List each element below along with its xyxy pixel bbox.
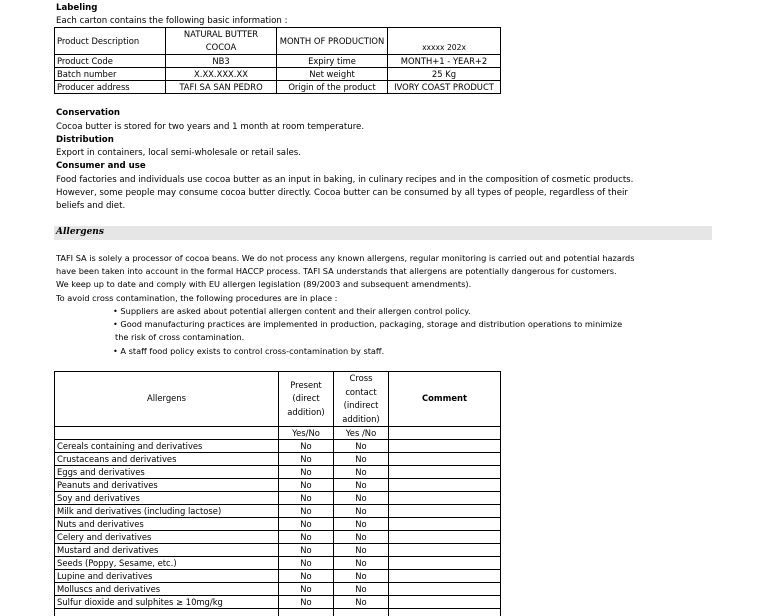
allergen-row: Celery and derivativesNoNo [55,531,501,544]
allergen-cross-contact: No [334,583,389,596]
allergen-row: Lupine and derivativesNoNo [55,570,501,583]
allergen-comment [389,570,501,583]
allergens-heading-bar: Allergens [54,226,712,240]
allergen-name: Soy and derivatives [55,492,279,505]
allergens-table-header: Allergens Present (direct addition) Cros… [55,372,501,427]
allergens-table: Allergens Present (direct addition) Cros… [54,371,501,616]
allergens-paragraph-line: TAFI SA is solely a processor of cocoa b… [56,253,635,264]
allergen-row: Eggs and derivativesNoNo [55,466,501,479]
allergen-name: Peanuts and derivatives [55,479,279,492]
allergen-name: Eggs and derivatives [55,466,279,479]
allergen-name: Seeds (Poppy, Sesame, etc.) [55,557,279,570]
allergens-bullet: • Good manufacturing practices are imple… [113,319,622,330]
header-present-line: addition) [281,406,331,420]
blank-cell [389,609,501,616]
allergens-paragraph-line: To avoid cross contamination, the follow… [56,293,337,304]
consumer-line: Food factories and individuals use cocoa… [56,175,633,186]
labeling-value: NB3 [166,55,277,68]
allergen-cross-contact: No [334,531,389,544]
allergens-bullet: • A staff food policy exists to control … [113,346,384,357]
allergen-name: Sulfur dioxide and sulphites ≥ 10mg/kg [55,596,279,609]
allergen-cross-contact: No [334,570,389,583]
allergen-row: Crustaceans and derivativesNoNo [55,453,501,466]
allergens-bullet: • Suppliers are asked about potential al… [113,306,471,317]
allergen-present: No [279,453,334,466]
allergen-cross-contact: No [334,440,389,453]
subheader-comment [389,427,501,440]
header-allergens: Allergens [55,372,279,427]
allergen-comment [389,440,501,453]
allergen-row: Seeds (Poppy, Sesame, etc.)NoNo [55,557,501,570]
labeling-title: Labeling [56,3,97,14]
allergen-row: Cereals containing and derivativesNoNo [55,440,501,453]
allergen-comment [389,544,501,557]
allergen-row: Peanuts and derivativesNoNo [55,479,501,492]
allergen-present: No [279,492,334,505]
allergen-comment [389,466,501,479]
labeling-label2: MONTH OF PRODUCTION [277,28,388,55]
allergen-present: No [279,440,334,453]
labeling-label: Product Code [55,55,166,68]
allergens-table-subheader: Yes/No Yes /No [55,427,501,440]
consumer-title: Consumer and use [56,161,146,172]
distribution-text: Export in containers, local semi-wholesa… [56,148,301,159]
labeling-label: Producer address [55,81,166,94]
labeling-label2: Origin of the product [277,81,388,94]
header-cross-line: contact [336,386,386,400]
allergen-cross-contact: No [334,596,389,609]
product-description-line1: NATURAL BUTTER [168,28,274,41]
allergen-cross-contact: No [334,479,389,492]
labeling-row: Product Code NB3 Expiry time MONTH+1 - Y… [55,55,501,68]
allergen-cross-contact: No [334,492,389,505]
blank-cell [279,609,334,616]
allergen-name: Nuts and derivatives [55,518,279,531]
allergen-present: No [279,583,334,596]
labeling-label: Batch number [55,68,166,81]
header-cross-line: addition) [336,413,386,427]
labeling-row: Producer address TAFI SA SAN PEDRO Origi… [55,81,501,94]
allergen-cross-contact: No [334,557,389,570]
subheader-blank [55,427,279,440]
allergen-cross-contact: No [334,518,389,531]
allergen-comment [389,531,501,544]
product-description-line2: COCOA [168,41,274,54]
allergens-heading: Allergens [56,227,104,237]
allergen-comment [389,557,501,570]
labeling-value: NATURAL BUTTER COCOA [166,28,277,55]
allergen-comment [389,596,501,609]
allergen-present: No [279,544,334,557]
labeling-value2: MONTH+1 - YEAR+2 [388,55,501,68]
blank-cell [55,609,279,616]
header-present-line: Present [281,379,331,393]
subheader-present: Yes/No [279,427,334,440]
labeling-row: Product Description NATURAL BUTTER COCOA… [55,28,501,55]
header-cross-contact: Cross contact (indirect addition) [334,372,389,427]
header-cross-line: (indirect [336,399,386,413]
allergen-name: Cereals containing and derivatives [55,440,279,453]
conservation-title: Conservation [56,108,120,119]
allergen-name: Lupine and derivatives [55,570,279,583]
labeling-label2: Net weight [277,68,388,81]
allergen-name: Crustaceans and derivatives [55,453,279,466]
allergen-present: No [279,531,334,544]
allergen-present: No [279,466,334,479]
allergen-name: Molluscs and derivatives [55,583,279,596]
allergen-name: Celery and derivatives [55,531,279,544]
allergen-row: Milk and derivatives (including lactose)… [55,505,501,518]
allergen-name: Mustard and derivatives [55,544,279,557]
allergen-row: Sulfur dioxide and sulphites ≥ 10mg/kgNo… [55,596,501,609]
allergen-comment [389,492,501,505]
labeling-value2: IVORY COAST PRODUCT [388,81,501,94]
subheader-cross: Yes /No [334,427,389,440]
allergen-comment [389,453,501,466]
header-comment: Comment [389,372,501,427]
allergen-present: No [279,570,334,583]
allergen-comment [389,479,501,492]
blank-cell [334,609,389,616]
allergen-present: No [279,596,334,609]
allergens-bullet-continuation: the risk of cross contamination. [115,332,244,343]
allergen-row: Nuts and derivativesNoNo [55,518,501,531]
consumer-line: beliefs and diet. [56,201,125,212]
consumer-line: However, some people may consume cocoa b… [56,188,628,199]
allergen-cross-contact: No [334,505,389,518]
allergen-present: No [279,557,334,570]
labeling-value2: xxxxx 202x [388,28,501,55]
allergen-comment [389,583,501,596]
allergen-comment [389,505,501,518]
allergen-present: No [279,505,334,518]
labeling-value: X.XX.XXX.XX [166,68,277,81]
allergen-present: No [279,479,334,492]
labeling-label: Product Description [55,28,166,55]
labeling-label2: Expiry time [277,55,388,68]
allergens-paragraph-line: We keep up to date and comply with EU al… [56,279,471,290]
allergen-row: Molluscs and derivativesNoNo [55,583,501,596]
allergens-table-blank-row [55,609,501,616]
allergen-cross-contact: No [334,453,389,466]
distribution-title: Distribution [56,135,114,146]
header-present: Present (direct addition) [279,372,334,427]
allergen-comment [389,518,501,531]
allergens-paragraph-line: have been taken into account in the form… [56,266,617,277]
labeling-row: Batch number X.XX.XXX.XX Net weight 25 K… [55,68,501,81]
conservation-text: Cocoa butter is stored for two years and… [56,122,364,133]
labeling-value: TAFI SA SAN PEDRO [166,81,277,94]
header-present-line: (direct [281,392,331,406]
header-cross-line: Cross [336,372,386,386]
labeling-value2: 25 Kg [388,68,501,81]
allergen-present: No [279,518,334,531]
allergen-cross-contact: No [334,466,389,479]
allergen-row: Soy and derivativesNoNo [55,492,501,505]
allergen-cross-contact: No [334,544,389,557]
allergen-name: Milk and derivatives (including lactose) [55,505,279,518]
labeling-table: Product Description NATURAL BUTTER COCOA… [54,27,501,94]
labeling-intro: Each carton contains the following basic… [56,16,288,27]
allergen-row: Mustard and derivativesNoNo [55,544,501,557]
